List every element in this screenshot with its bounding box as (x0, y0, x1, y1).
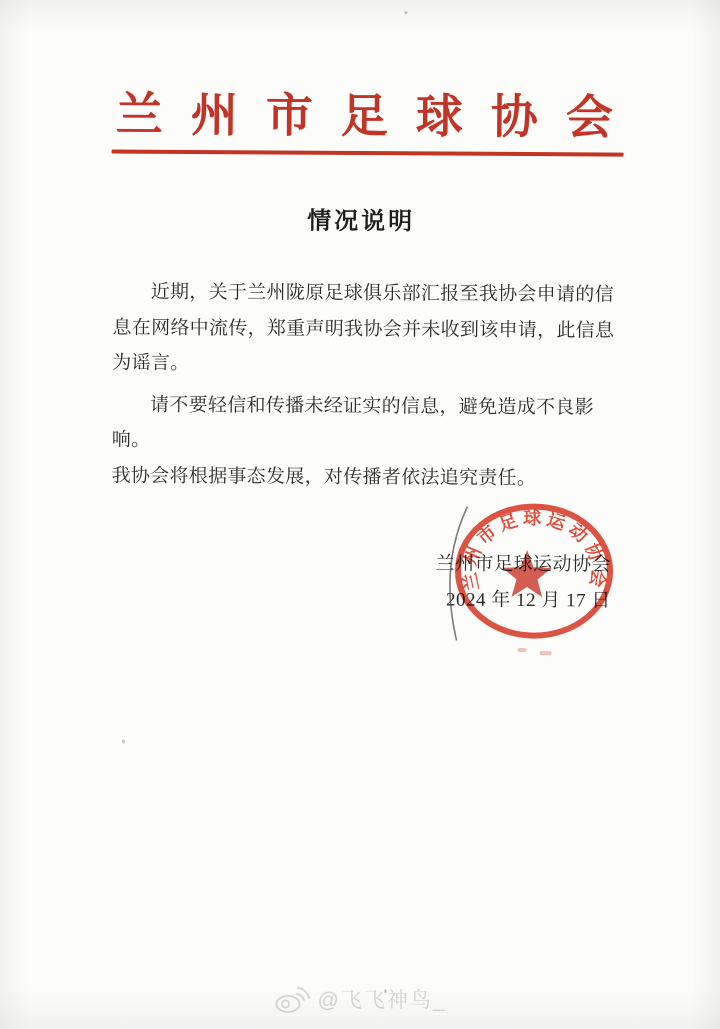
letterhead-title: 兰州市足球协会 (116, 78, 641, 148)
body-paragraph-1: 近期，关于兰州陇原足球俱乐部汇报至我协会申请的信 息在网络中流传，郑重声明我协会… (112, 274, 633, 384)
document-body: 近期，关于兰州陇原足球俱乐部汇报至我协会申请的信 息在网络中流传，郑重声明我协会… (111, 274, 632, 496)
watermark: @飞飞神鸟_ (0, 984, 720, 1014)
letterhead-rule (112, 149, 624, 156)
document-photo: 兰州市足球协会 情况说明 近期，关于兰州陇原足球俱乐部汇报至我协会申请的信 息在… (0, 0, 720, 1029)
body-paragraph-2: 请不要轻信和传播未经证实的信息，避免造成不良影响。 我协会将根据事态发展，对传播… (111, 387, 632, 497)
scan-speck (122, 740, 125, 744)
pen-stroke-mark (437, 498, 484, 648)
weibo-icon (274, 984, 311, 1014)
ink-residue (540, 651, 552, 655)
document-page: 兰州市足球协会 情况说明 近期，关于兰州陇原足球俱乐部汇报至我协会申请的信 息在… (0, 0, 720, 1029)
document-title: 情况说明 (1, 199, 720, 238)
ink-residue (518, 648, 527, 652)
watermark-handle: @飞飞神鸟_ (318, 984, 447, 1014)
star-icon (502, 550, 552, 597)
scan-speck (404, 11, 407, 14)
